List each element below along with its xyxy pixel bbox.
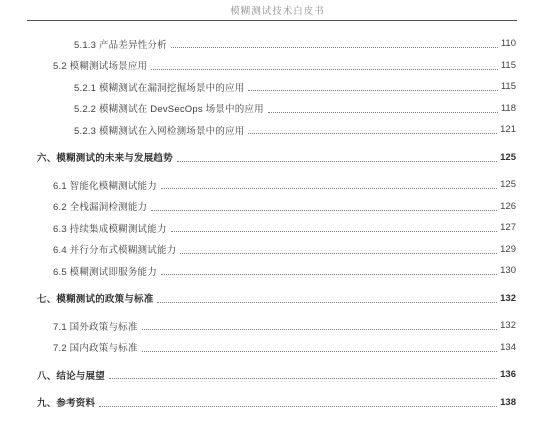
toc-dot-leader	[268, 112, 498, 113]
toc-dot-leader	[151, 210, 497, 211]
toc-dot-leader	[248, 90, 497, 91]
toc-entry-page: 110	[501, 38, 516, 49]
toc-entry[interactable]: 七、模糊测试的政策与标准132	[37, 288, 516, 310]
toc-entry-label: 7.2 国内政策与标准	[53, 340, 138, 354]
toc-dot-leader	[248, 133, 497, 134]
toc-entry-page: 126	[500, 201, 516, 212]
toc-entry-page: 127	[500, 222, 516, 233]
toc-entry[interactable]: 5.2 模糊测试场景应用115	[37, 55, 516, 77]
toc-dot-leader	[180, 253, 497, 254]
toc-entry-label: 5.2.1 模糊测试在漏洞挖掘场景中的应用	[74, 80, 244, 94]
toc-entry-page: 121	[500, 124, 516, 135]
toc-entry[interactable]: 5.1.3 产品差异性分析110	[37, 33, 516, 55]
toc-entry-label: 6.3 持续集成模糊测试能力	[53, 221, 167, 235]
toc-dot-leader	[161, 188, 497, 189]
toc-entry[interactable]: 6.3 持续集成模糊测试能力127	[37, 217, 516, 239]
toc-entry[interactable]: 7.2 国内政策与标准134	[37, 337, 516, 359]
toc-entry-label: 5.2 模糊测试场景应用	[53, 58, 147, 72]
toc-dot-leader	[157, 302, 497, 303]
toc-entry-page: 115	[501, 81, 516, 92]
toc-entry-page: 132	[500, 320, 516, 331]
toc-dot-leader	[142, 351, 498, 352]
toc-entry-label: 九、参考资料	[37, 395, 95, 409]
toc-entry-label: 6.1 智能化模糊测试能力	[53, 178, 157, 192]
toc-entry-page: 132	[500, 293, 516, 304]
toc-entry-label: 6.4 并行分布式模糊测试能力	[53, 242, 176, 256]
document-page: 模糊测试技术白皮书 5.1.3 产品差异性分析1105.2 模糊测试场景应用11…	[0, 0, 555, 443]
toc-dot-leader	[171, 231, 497, 232]
toc-dot-leader	[99, 406, 497, 407]
toc-entry[interactable]: 6.1 智能化模糊测试能力125	[37, 174, 516, 196]
toc-entry-page: 115	[501, 60, 516, 71]
toc-entry-page: 134	[500, 342, 516, 353]
document-title: 模糊测试技术白皮书	[0, 4, 555, 20]
toc-dot-leader	[171, 47, 498, 48]
toc-entry-label: 5.2.3 模糊测试在入网检测场景中的应用	[74, 123, 244, 137]
toc-entry-label: 六、模糊测试的未来与发展趋势	[37, 150, 173, 164]
toc-entry-label: 7.1 国外政策与标准	[53, 319, 138, 333]
toc-dot-leader	[109, 378, 497, 379]
toc-entry-page: 125	[500, 179, 516, 190]
toc-entry[interactable]: 5.2.2 模糊测试在 DevSecOps 场景中的应用118	[37, 98, 516, 120]
toc-entry[interactable]: 5.2.1 模糊测试在漏洞挖掘场景中的应用115	[37, 76, 516, 98]
toc-entry-page: 138	[500, 397, 516, 408]
toc-entry[interactable]: 5.2.3 模糊测试在入网检测场景中的应用121	[37, 119, 516, 141]
toc-entry[interactable]: 6.2 全栈漏洞检测能力126	[37, 196, 516, 218]
toc-entry-label: 5.2.2 模糊测试在 DevSecOps 场景中的应用	[74, 101, 264, 115]
toc-entry-page: 129	[500, 244, 516, 255]
toc-entry-label: 6.5 模糊测试即服务能力	[53, 264, 157, 278]
toc-dot-leader	[142, 329, 498, 330]
toc-entry[interactable]: 六、模糊测试的未来与发展趋势125	[37, 147, 516, 169]
toc-entry[interactable]: 6.4 并行分布式模糊测试能力129	[37, 239, 516, 261]
toc-entry-page: 118	[501, 103, 516, 114]
toc-entry[interactable]: 八、结论与展望136	[37, 364, 516, 386]
toc-entry-label: 八、结论与展望	[37, 368, 105, 382]
toc-dot-leader	[161, 274, 497, 275]
toc-entry-page: 136	[500, 369, 516, 380]
table-of-contents: 5.1.3 产品差异性分析1105.2 模糊测试场景应用1155.2.1 模糊测…	[0, 21, 555, 413]
toc-entry-page: 125	[500, 152, 516, 163]
toc-dot-leader	[151, 69, 498, 70]
toc-entry-label: 七、模糊测试的政策与标准	[37, 291, 153, 305]
toc-entry[interactable]: 7.1 国外政策与标准132	[37, 315, 516, 337]
toc-entry-label: 6.2 全栈漏洞检测能力	[53, 199, 147, 213]
toc-entry-label: 5.1.3 产品差异性分析	[74, 37, 167, 51]
toc-entry[interactable]: 九、参考资料138	[37, 392, 516, 414]
toc-entry-page: 130	[500, 265, 516, 276]
page-header: 模糊测试技术白皮书	[0, 0, 555, 21]
toc-entry[interactable]: 6.5 模糊测试即服务能力130	[37, 260, 516, 282]
toc-dot-leader	[177, 161, 497, 162]
